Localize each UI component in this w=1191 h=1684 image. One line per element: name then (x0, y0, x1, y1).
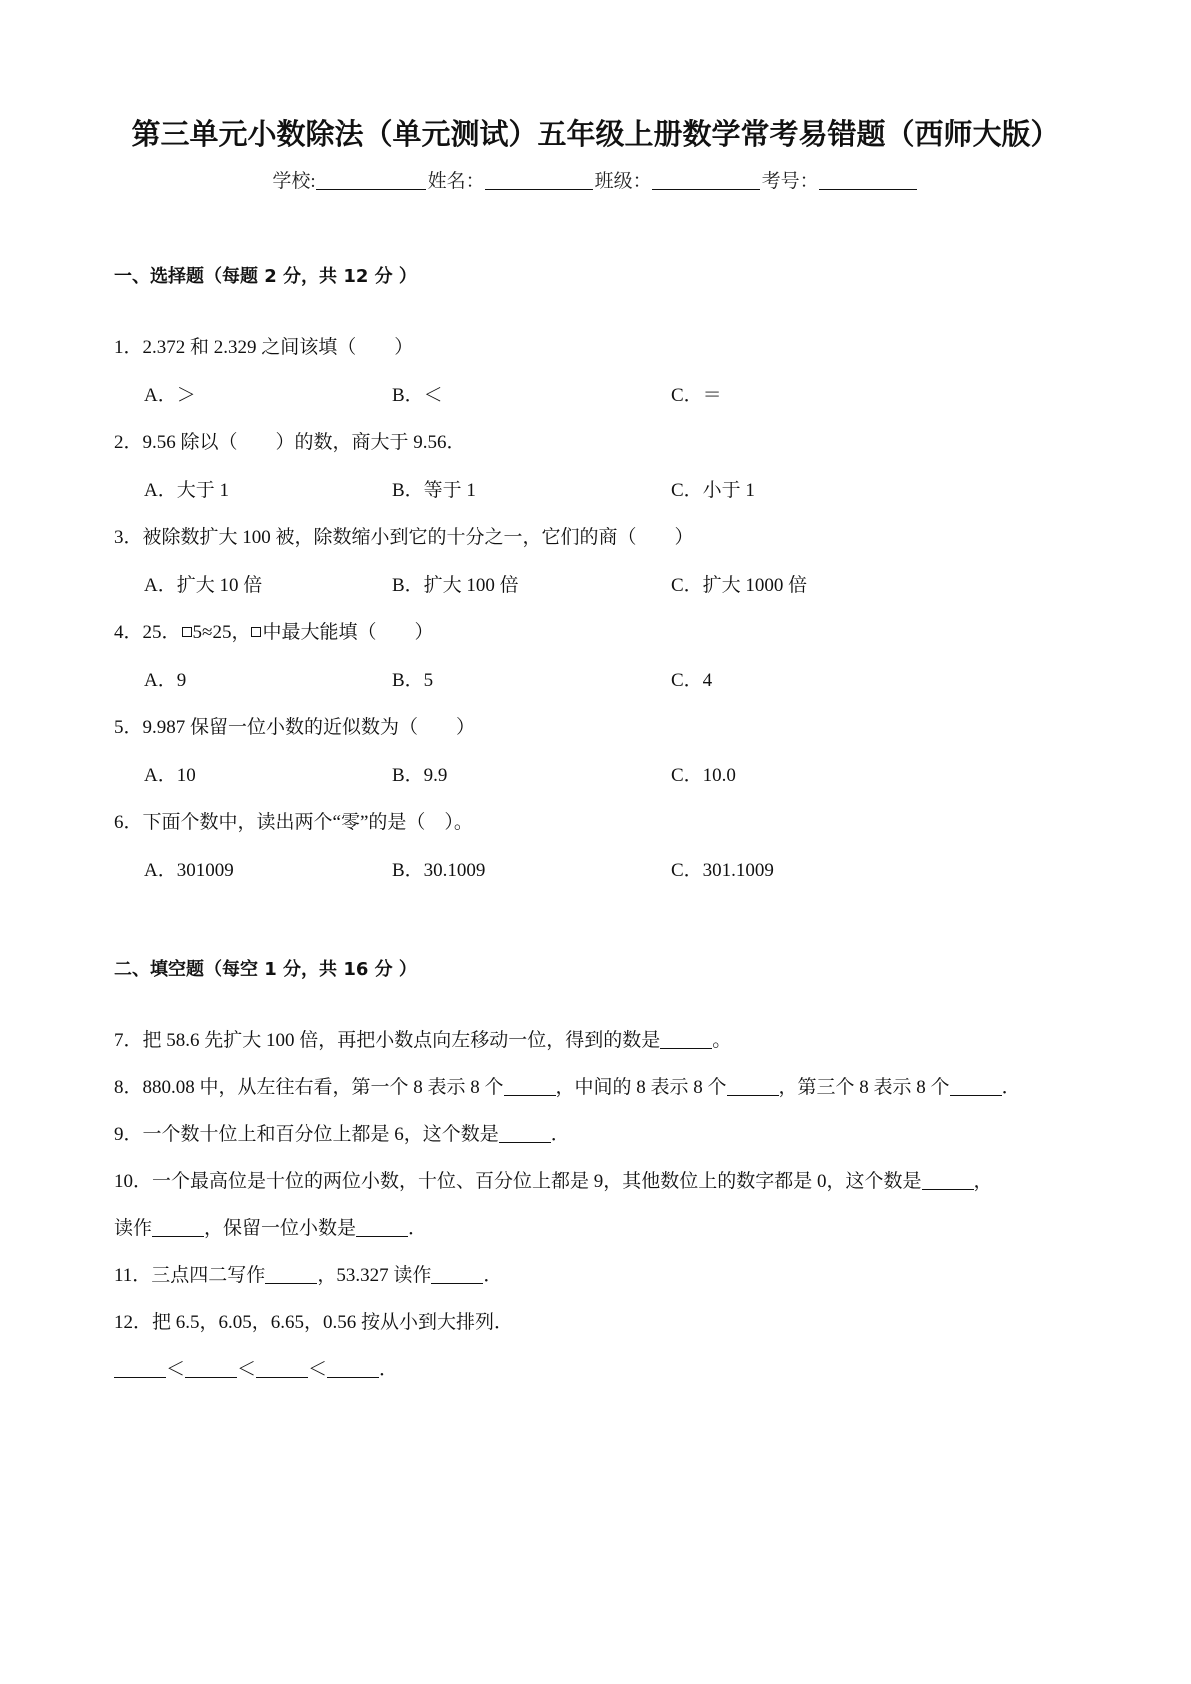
answer-blank[interactable] (327, 1359, 379, 1378)
question-text-part: ． (408, 1218, 427, 1239)
option-a[interactable]: A．扩大 10 倍 (144, 570, 262, 597)
option-b[interactable]: B．30.1009 (392, 855, 485, 882)
question-10: 10．一个最高位是十位的两位小数，十位、百分位上都是 9，其他数位上的数字都是 … (114, 1166, 993, 1193)
option-b[interactable]: B．9.9 (392, 760, 447, 787)
option-a[interactable]: A．＞ (144, 380, 196, 407)
question-8: 8．880.08 中，从左往右看，第一个 8 表示 8 个，中间的 8 表示 8… (114, 1072, 1021, 1099)
answer-blank[interactable] (922, 1171, 974, 1190)
info-field-exam-no: 考号： (762, 166, 919, 193)
document-title: 第三单元小数除法（单元测试）五年级上册数学常考易错题（西师大版） (0, 112, 1191, 153)
option-b[interactable]: B．等于 1 (392, 475, 476, 502)
question-number: 5． (114, 717, 143, 738)
question-text-part: ． (1002, 1077, 1021, 1098)
answer-blank[interactable] (185, 1359, 237, 1378)
info-field-class: 班级： (595, 166, 762, 193)
question-text-part: ，53.327 读作 (317, 1265, 431, 1286)
question-number: 11． (114, 1265, 151, 1286)
question-text-part: 一个最高位是十位的两位小数，十位、百分位上都是 9，其他数位上的数字都是 0，这… (152, 1171, 922, 1192)
question-number: 10． (114, 1171, 152, 1192)
question-number: 1． (114, 337, 143, 358)
question-text-part: ． (551, 1124, 570, 1145)
question-text-part: 中最大能填（ ） (262, 622, 433, 643)
question-3: 3．被除数扩大 100 被，除数缩小到它的十分之一，它们的商（ ） (114, 522, 694, 549)
question-number: 3． (114, 527, 143, 548)
question-text: 被除数扩大 100 被，除数缩小到它的十分之一，它们的商（ ） (143, 527, 694, 548)
question-text-part: 把 58.6 先扩大 100 倍，再把小数点向左移动一位，得到的数是 (143, 1030, 661, 1051)
option-a[interactable]: A．10 (144, 760, 196, 787)
question-number: 12． (114, 1312, 152, 1333)
answer-blank[interactable] (727, 1077, 779, 1096)
question-text-part: 。 (712, 1030, 731, 1051)
answer-blank[interactable] (504, 1077, 556, 1096)
answer-blank[interactable] (114, 1359, 166, 1378)
question-text-part: 5≈25， (193, 622, 251, 643)
answer-blank[interactable] (950, 1077, 1002, 1096)
question-number: 7． (114, 1030, 143, 1051)
question-text-part: 一个数十位上和百分位上都是 6，这个数是 (143, 1124, 499, 1145)
question-12-answer-line: ＜＜＜． (114, 1354, 398, 1381)
question-4: 4．25．5≈25，中最大能填（ ） (114, 617, 433, 644)
question-number: 2． (114, 432, 143, 453)
name-blank[interactable] (485, 171, 593, 190)
question-text: 9.987 保留一位小数的近似数为（ ） (143, 717, 476, 738)
section-heading-choice: 一、选择题（每题 2 分，共 12 分 ） (114, 262, 417, 288)
question-text-part: 把 6.5，6.05，6.65，0.56 按从小到大排列． (152, 1312, 513, 1333)
question-text: 下面个数中，读出两个“零”的是（ ）。 (143, 812, 473, 833)
school-blank[interactable] (316, 171, 426, 190)
info-field-school: 学校: (272, 166, 427, 193)
question-10-line-2: 读作，保留一位小数是． (114, 1213, 427, 1240)
question-text: 9.56 除以（ ）的数，商大于 9.56． (143, 432, 466, 453)
option-a[interactable]: A．9 (144, 665, 186, 692)
question-text-part: ，中间的 8 表示 8 个 (556, 1077, 727, 1098)
option-c[interactable]: C．4 (671, 665, 712, 692)
answer-blank[interactable] (431, 1265, 483, 1284)
answer-blank[interactable] (356, 1218, 408, 1237)
less-than-sign: ＜ (308, 1359, 327, 1380)
question-text: 2.372 和 2.329 之间该填（ ） (143, 337, 414, 358)
question-text-part: 三点四二写作 (151, 1265, 265, 1286)
less-than-sign: ＜ (237, 1359, 256, 1380)
answer-blank[interactable] (660, 1030, 712, 1049)
question-9: 9．一个数十位上和百分位上都是 6，这个数是． (114, 1119, 570, 1146)
question-text-part: ，保留一位小数是 (204, 1218, 356, 1239)
exam-no-blank[interactable] (819, 171, 917, 190)
question-text-part: 25． (143, 622, 181, 643)
question-number: 9． (114, 1124, 143, 1145)
answer-blank[interactable] (256, 1359, 308, 1378)
section-heading-fill-blank: 二、填空题（每空 1 分，共 16 分 ） (114, 955, 417, 981)
question-11: 11．三点四二写作，53.327 读作． (114, 1260, 502, 1287)
info-field-name: 姓名： (428, 166, 595, 193)
option-c[interactable]: C．301.1009 (671, 855, 774, 882)
info-label-class: 班级： (595, 171, 652, 192)
question-5: 5．9.987 保留一位小数的近似数为（ ） (114, 712, 475, 739)
option-c[interactable]: C．＝ (671, 380, 722, 407)
option-b[interactable]: B．扩大 100 倍 (392, 570, 519, 597)
question-text-part: ． (483, 1265, 502, 1286)
option-c[interactable]: C．10.0 (671, 760, 736, 787)
question-2: 2．9.56 除以（ ）的数，商大于 9.56． (114, 427, 466, 454)
option-b[interactable]: B．＜ (392, 380, 443, 407)
exam-page: 第三单元小数除法（单元测试）五年级上册数学常考易错题（西师大版） 学校: 姓名：… (0, 0, 1191, 1684)
answer-blank[interactable] (265, 1265, 317, 1284)
student-info-line: 学校: 姓名： 班级： 考号： (0, 166, 1191, 193)
info-label-school: 学校: (272, 171, 315, 192)
answer-blank[interactable] (499, 1124, 551, 1143)
period: ． (379, 1359, 398, 1380)
answer-blank[interactable] (152, 1218, 204, 1237)
option-a[interactable]: A．301009 (144, 855, 234, 882)
info-label-exam-no: 考号： (762, 171, 819, 192)
option-a[interactable]: A．大于 1 (144, 475, 229, 502)
empty-box-icon (251, 627, 261, 637)
question-12: 12．把 6.5，6.05，6.65，0.56 按从小到大排列． (114, 1307, 513, 1334)
question-1: 1．2.372 和 2.329 之间该填（ ） (114, 332, 413, 359)
option-c[interactable]: C．小于 1 (671, 475, 755, 502)
question-text-part: 读作 (114, 1218, 152, 1239)
question-text-part: ， (974, 1171, 993, 1192)
less-than-sign: ＜ (166, 1359, 185, 1380)
option-b[interactable]: B．5 (392, 665, 433, 692)
question-text-part: 880.08 中，从左往右看，第一个 8 表示 8 个 (143, 1077, 504, 1098)
question-number: 4． (114, 622, 143, 643)
option-c[interactable]: C．扩大 1000 倍 (671, 570, 807, 597)
question-number: 8． (114, 1077, 143, 1098)
question-7: 7．把 58.6 先扩大 100 倍，再把小数点向左移动一位，得到的数是。 (114, 1025, 731, 1052)
empty-box-icon (182, 627, 192, 637)
class-blank[interactable] (652, 171, 760, 190)
question-text-part: ，第三个 8 表示 8 个 (779, 1077, 950, 1098)
info-label-name: 姓名： (428, 171, 485, 192)
question-number: 6． (114, 812, 143, 833)
question-6: 6．下面个数中，读出两个“零”的是（ ）。 (114, 807, 473, 834)
